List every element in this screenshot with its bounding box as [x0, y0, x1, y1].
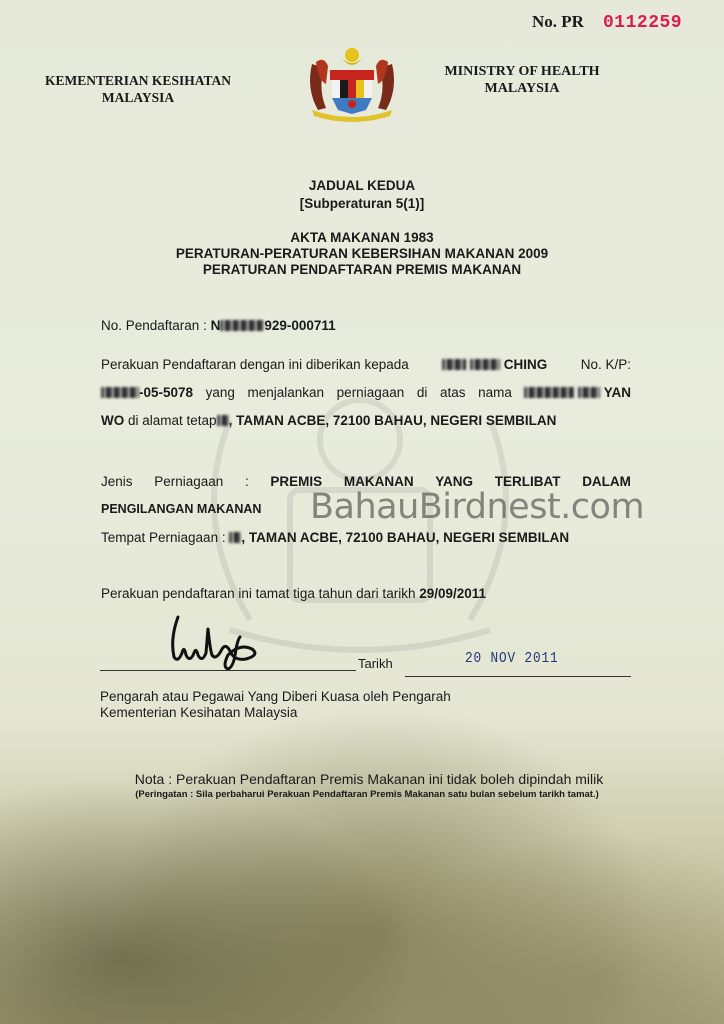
registration-value: N929-000711 [211, 318, 336, 333]
redacted-text [101, 387, 139, 398]
ic-label: No. K/P: [581, 357, 631, 372]
act-heading: AKTA MAKANAN 1983 [0, 230, 724, 245]
serial-label: No. PR [532, 12, 584, 32]
business-type-label: Perniagaan [154, 474, 223, 489]
word: yang [206, 385, 235, 400]
issuer-english: MINISTRY OF HEALTH MALAYSIA [432, 63, 612, 97]
coat-of-arms-icon [304, 44, 400, 122]
permanent-address: , TAMAN ACBE, 72100 BAHAU, NEGERI SEMBIL… [229, 413, 557, 428]
business-place-address: , TAMAN ACBE, 72100 BAHAU, NEGERI SEMBIL… [241, 530, 569, 545]
renewal-warning: (Peringatan : Sila perbaharui Perakuan P… [0, 789, 724, 800]
redacted-text [578, 387, 600, 398]
issuer-malay-line2: MALAYSIA [38, 89, 238, 106]
certificate-paper: No. PR 0112259 KEMENTERIAN KESIHATAN MAL… [0, 0, 724, 1024]
date-label: Tarikh [358, 656, 393, 671]
regulation-heading-2: PERATURAN PENDAFTARAN PREMIS MAKANAN [0, 262, 724, 277]
redacted-text [220, 320, 264, 331]
registration-number-row: No. Pendaftaran : N929-000711 [101, 318, 631, 333]
regulation-heading-1: PERATURAN-PERATURAN KEBERSIHAN MAKANAN 2… [0, 246, 724, 261]
transfer-note: Nota : Perakuan Pendaftaran Premis Makan… [0, 771, 724, 787]
redacted-text [442, 359, 466, 370]
business-type-label: Jenis [101, 474, 133, 489]
signature-line [100, 670, 356, 671]
signatory-ministry: Kementerian Kesihatan Malaysia [100, 705, 297, 720]
redacted-text [217, 415, 229, 426]
word: atas [440, 385, 466, 400]
business-name: YAN [524, 385, 631, 400]
holder-name-suffix: CHING [504, 357, 548, 372]
business-name-suffix: YAN [604, 385, 631, 400]
signatory-title: Pengarah atau Pegawai Yang Diberi Kuasa … [100, 689, 451, 704]
business-name-line2: WO [101, 413, 124, 428]
signature-icon [168, 609, 268, 671]
registration-prefix: N [211, 318, 221, 333]
business-type-colon: : [245, 474, 249, 489]
registration-suffix: 929-000711 [264, 318, 335, 333]
redacted-text [470, 359, 500, 370]
business-place-row: Tempat Perniagaan : , TAMAN ACBE, 72100 … [101, 530, 631, 545]
ic-suffix: -05-5078 [139, 385, 193, 400]
word: perniagaan [337, 385, 405, 400]
issuer-english-line1: MINISTRY OF HEALTH [432, 63, 612, 80]
business-place-label: Tempat Perniagaan : [101, 530, 226, 545]
expiry-date: 29/09/2011 [419, 586, 486, 601]
certificate-line-3: WO di alamat tetap, TAMAN ACBE, 72100 BA… [101, 413, 631, 428]
expiry-text: Perakuan pendaftaran ini tamat tiga tahu… [101, 586, 415, 601]
certificate-line-2: -05-5078 yang menjalankan perniagaan di … [101, 385, 631, 400]
word: menjalankan [248, 385, 325, 400]
date-line [405, 676, 631, 677]
issuer-english-line2: MALAYSIA [432, 80, 612, 97]
expiry-row: Perakuan pendaftaran ini tamat tiga tahu… [101, 586, 631, 601]
registration-label: No. Pendaftaran : [101, 318, 207, 333]
address-label: di alamat tetap [128, 413, 217, 428]
watermark-text: BahauBirdnest.com [310, 487, 644, 527]
serial-number: 0112259 [603, 13, 682, 33]
word: nama [478, 385, 512, 400]
issuer-malay-line1: KEMENTERIAN KESIHATAN [38, 72, 238, 89]
redacted-text [524, 387, 574, 398]
subregulation-heading: [Subperaturan 5(1)] [0, 196, 724, 211]
certificate-line-1: Perakuan Pendaftaran dengan ini diberika… [101, 357, 631, 372]
schedule-heading: JADUAL KEDUA [0, 178, 724, 193]
word: di [417, 385, 428, 400]
holder-name: CHING [442, 357, 547, 372]
certificate-intro: Perakuan Pendaftaran dengan ini diberika… [101, 357, 409, 372]
issuer-malay: KEMENTERIAN KESIHATAN MALAYSIA [38, 72, 238, 106]
ic-number: -05-5078 [101, 385, 193, 400]
redacted-text [229, 532, 241, 543]
stamped-date: 20 NOV 2011 [465, 650, 559, 667]
